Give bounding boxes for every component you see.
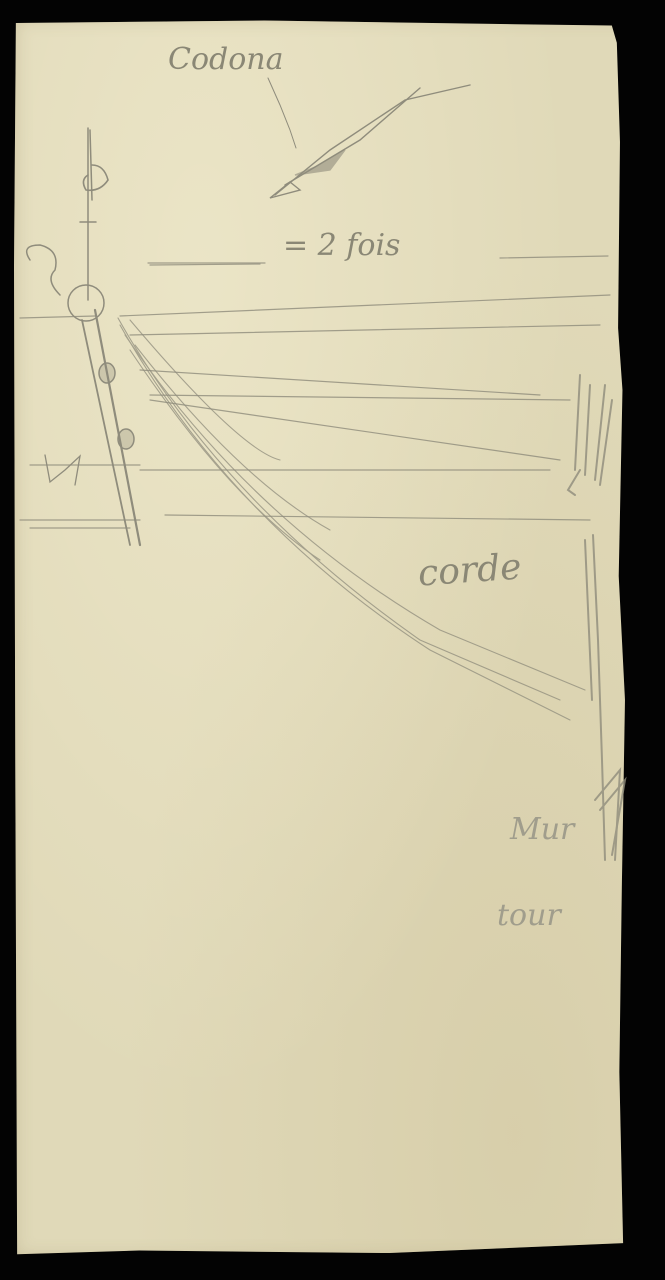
annotation-codona: Codona: [168, 42, 284, 77]
annotation-corde: corde: [417, 546, 523, 594]
dark-background: Codona = 2 fois corde Mur tour: [0, 0, 665, 1280]
right-posts: [568, 375, 625, 860]
annotation-bottom-line2: tour: [497, 898, 561, 933]
figure-sketch-top: [268, 78, 470, 198]
measure-lines: [20, 256, 610, 528]
pencil-sketch: [0, 0, 665, 1280]
annotation-bottom-line1: Mur: [510, 812, 574, 847]
trapeze-pole: [27, 128, 140, 545]
annotation-measure: = 2 fois: [283, 228, 400, 263]
